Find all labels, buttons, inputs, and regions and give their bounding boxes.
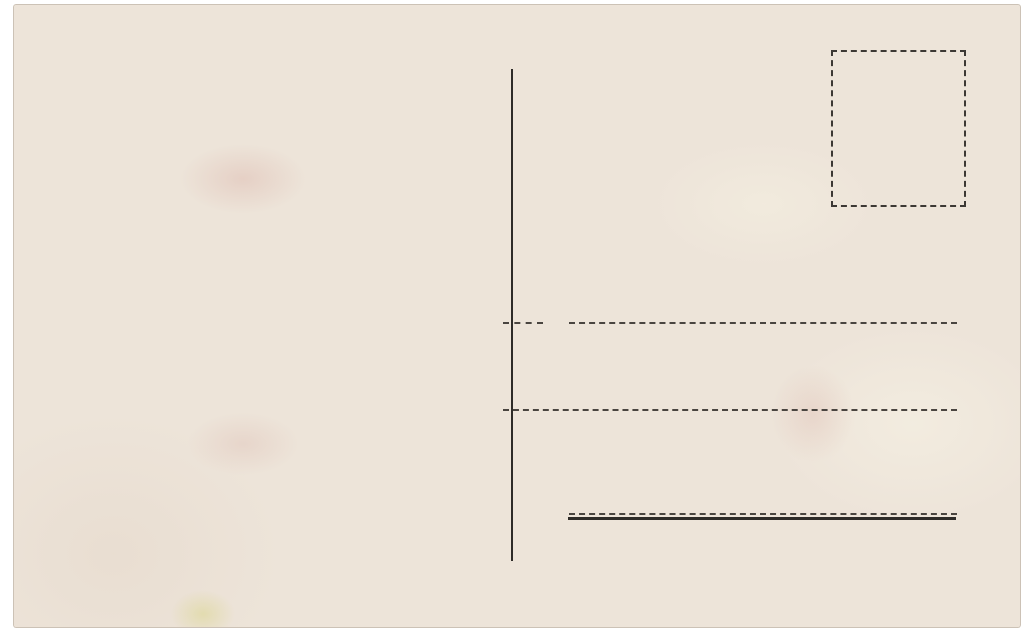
address-line-2 (503, 409, 957, 411)
postcard (13, 4, 1021, 628)
stamp-box (831, 50, 966, 207)
address-line-3-dashed (569, 513, 957, 515)
center-divider (511, 69, 513, 561)
address-line-1a (503, 322, 543, 324)
address-line-1b (569, 322, 957, 324)
address-line-3-solid (568, 517, 956, 520)
